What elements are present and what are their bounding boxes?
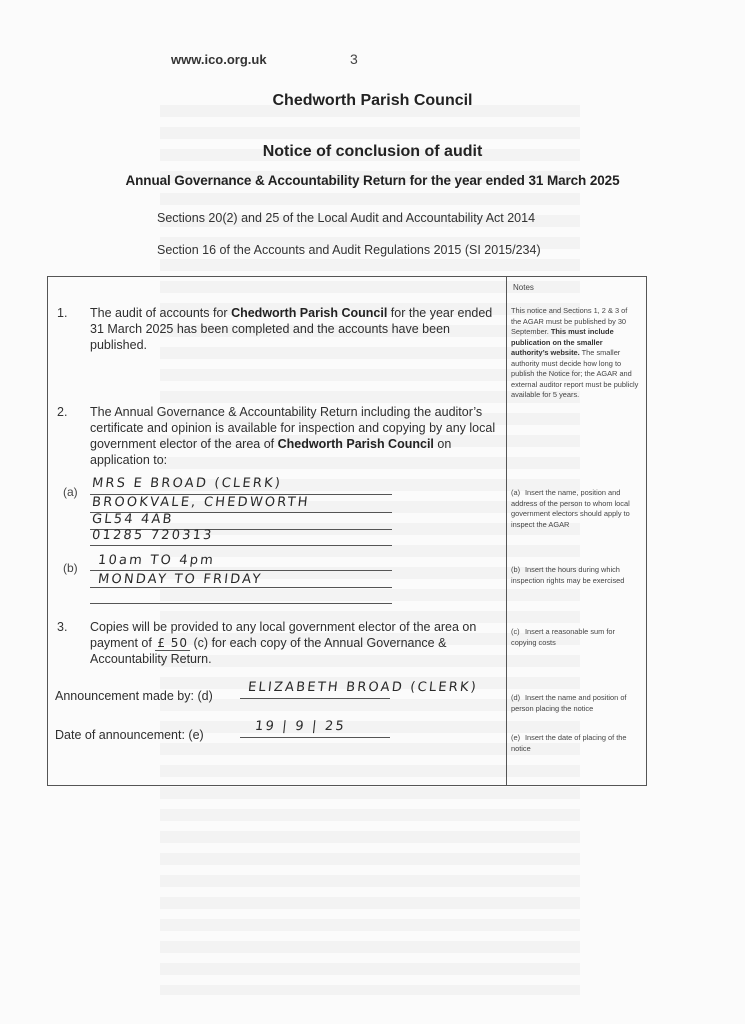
copy-cost-field[interactable]: £ 50 xyxy=(155,636,190,651)
notes-column-divider xyxy=(506,276,507,786)
note-d: (d)Insert the name and position of perso… xyxy=(511,693,639,714)
field-a-label: (a) xyxy=(63,485,78,499)
section-3-number: 3. xyxy=(57,620,67,634)
date-value[interactable]: 19 | 9 | 25 xyxy=(254,719,346,734)
act-reference: Sections 20(2) and 25 of the Local Audit… xyxy=(157,211,535,225)
notice-title: Notice of conclusion of audit xyxy=(0,143,745,161)
notes-heading: Notes xyxy=(513,283,534,292)
section-3-text: Copies will be provided to any local gov… xyxy=(90,619,502,667)
field-b-rule-2 xyxy=(90,587,392,588)
page-number: 3 xyxy=(350,51,358,67)
announcement-value[interactable]: ELIZABETH BROAD (CLERK) xyxy=(247,680,478,695)
note-e: (e)Insert the date of placing of the not… xyxy=(511,733,639,754)
date-label: Date of announcement: (e) xyxy=(55,727,204,743)
section-1-text: The audit of accounts for Chedworth Pari… xyxy=(90,305,500,353)
field-b-rule-1 xyxy=(90,570,392,571)
notes-intro: This notice and Sections 1, 2 & 3 of the… xyxy=(511,306,639,401)
field-b-line-1[interactable]: 10am TO 4pm xyxy=(97,553,216,568)
field-a-line-3[interactable]: GL54 4AB xyxy=(91,512,174,527)
date-rule xyxy=(240,737,390,738)
field-a-rule-4 xyxy=(90,545,392,546)
note-a: (a)Insert the name, position and address… xyxy=(511,488,639,530)
return-title: Annual Governance & Accountability Retur… xyxy=(0,173,745,188)
field-b-rule-3[interactable] xyxy=(90,603,392,604)
section-1-number: 1. xyxy=(57,306,67,320)
field-a-line-2[interactable]: BROOKVALE, CHEDWORTH xyxy=(91,495,310,510)
field-b-label: (b) xyxy=(63,561,78,575)
announcement-label: Announcement made by: (d) xyxy=(55,688,213,704)
website-url: www.ico.org.uk xyxy=(171,52,267,67)
field-a-line-1[interactable]: MRS E BROAD (CLERK) xyxy=(91,476,283,491)
section-2-number: 2. xyxy=(57,405,67,419)
field-a-line-4[interactable]: 01285 720313 xyxy=(91,528,214,543)
section-2-text: The Annual Governance & Accountability R… xyxy=(90,404,502,468)
note-c: (c)Insert a reasonable sum for copying c… xyxy=(511,627,639,648)
field-b-line-2[interactable]: MONDAY TO FRIDAY xyxy=(97,572,263,587)
announcement-rule xyxy=(240,698,390,699)
regulations-reference: Section 16 of the Accounts and Audit Reg… xyxy=(157,243,541,257)
note-b: (b)Insert the hours during which inspect… xyxy=(511,565,639,586)
council-name-title: Chedworth Parish Council xyxy=(0,92,745,110)
